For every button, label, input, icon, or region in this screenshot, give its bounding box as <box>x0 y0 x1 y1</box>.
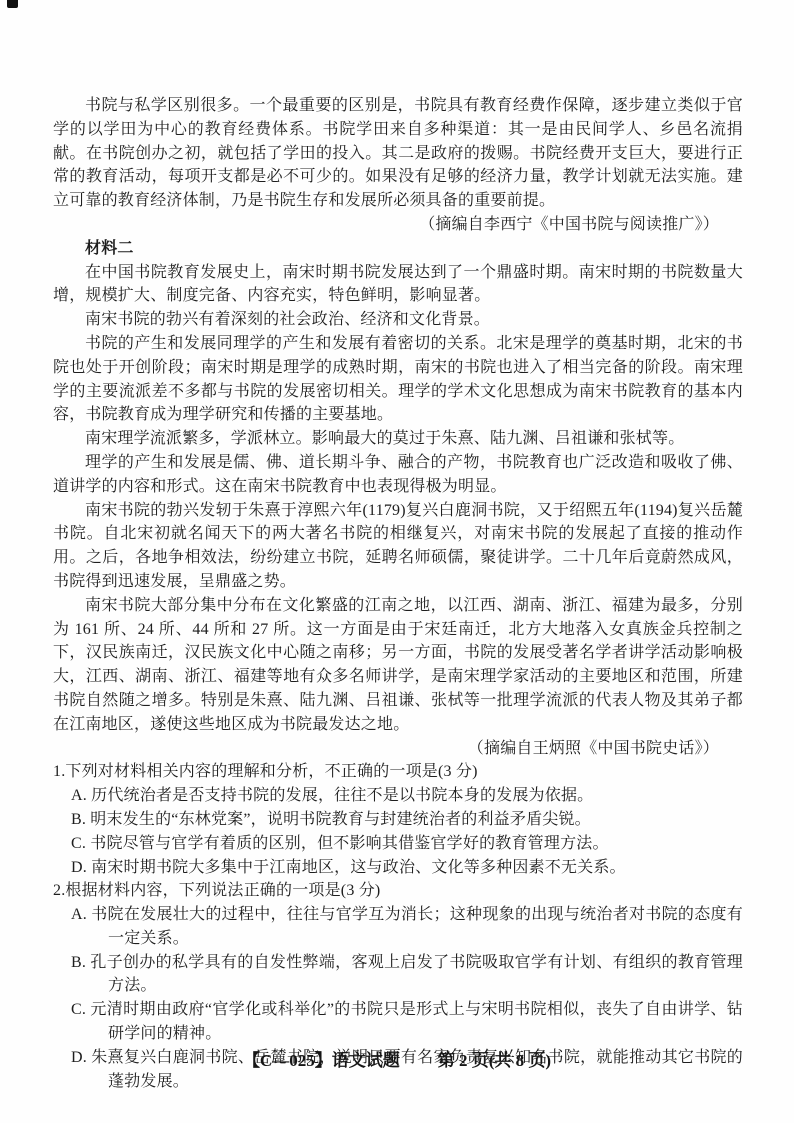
question-2-stem: 2.根据材料内容，下列说法正确的一项是(3 分) <box>53 879 743 903</box>
exam-code: 【C—025】语文试题 <box>243 1046 400 1071</box>
material-two-paragraph-7: 南宋书院大部分集中分布在文化繁盛的江南之地，以江西、湖南、浙江、福建为最多，分别… <box>53 594 743 737</box>
exam-page-body: 书院与私学区别很多。一个最重要的区别是，书院具有教育经费作保障，逐步建立类似于官… <box>53 94 743 1093</box>
page-footer: 【C—025】语文试题 第 2 页(共 8 页) <box>0 1046 794 1071</box>
material-two-paragraph-3: 书院的产生和发展同理学的产生和发展有着密切的关系。北宋是理学的奠基时期，北宋的书… <box>53 332 743 427</box>
material-one-attribution: （摘编自李西宁《中国书院与阅读推广》） <box>53 213 743 237</box>
question-2-option-b: B. 孔子创办的私学具有的自发性弊端，客观上启发了书院吸取官学有计划、有组织的教… <box>53 951 743 999</box>
question-1-option-a: A. 历代统治者是否支持书院的发展，往往不是以书院本身的发展为依据。 <box>53 784 743 808</box>
question-1-stem: 1.下列对材料相关内容的理解和分析，不正确的一项是(3 分) <box>53 760 743 784</box>
material-one-paragraph: 书院与私学区别很多。一个最重要的区别是，书院具有教育经费作保障，逐步建立类似于官… <box>53 94 743 213</box>
page-number: 第 2 页(共 8 页) <box>438 1046 551 1071</box>
question-1-option-c: C. 书院尽管与官学有着质的区别，但不影响其借鉴官学好的教育管理方法。 <box>53 832 743 856</box>
question-1-option-d: D. 南宋时期书院大多集中于江南地区，这与政治、文化等多种因素不无关系。 <box>53 856 743 880</box>
question-2-option-c: C. 元清时期由政府“官学化或科举化”的书院只是形式上与宋明书院相似，丧失了自由… <box>53 998 743 1046</box>
question-2-option-a: A. 书院在发展壮大的过程中，往往与官学互为消长；这种现象的出现与统治者对书院的… <box>53 903 743 951</box>
material-two-paragraph-1: 在中国书院教育发展史上，南宋时期书院发展达到了一个鼎盛时期。南宋时期的书院数量大… <box>53 261 743 309</box>
material-two-paragraph-2: 南宋书院的勃兴有着深刻的社会政治、经济和文化背景。 <box>53 308 743 332</box>
material-two-paragraph-4: 南宋理学流派繁多，学派林立。影响最大的莫过于朱熹、陆九渊、吕祖谦和张栻等。 <box>53 427 743 451</box>
material-two-attribution: （摘编自王炳照《中国书院史话》） <box>53 737 743 761</box>
material-two-paragraph-5: 理学的产生和发展是儒、佛、道长期斗争、融合的产物，书院教育也广泛改造和吸收了佛、… <box>53 451 743 499</box>
question-1: 1.下列对材料相关内容的理解和分析，不正确的一项是(3 分) A. 历代统治者是… <box>53 760 743 879</box>
question-1-option-b: B. 明末发生的“东林党案”，说明书院教育与封建统治者的利益矛盾尖锐。 <box>53 808 743 832</box>
material-two-heading: 材料二 <box>53 237 743 261</box>
material-two-paragraph-6: 南宋书院的勃兴发轫于朱熹于淳熙六年(1179)复兴白鹿洞书院，又于绍熙五年(11… <box>53 499 743 594</box>
scan-artifact-mark <box>7 0 18 8</box>
